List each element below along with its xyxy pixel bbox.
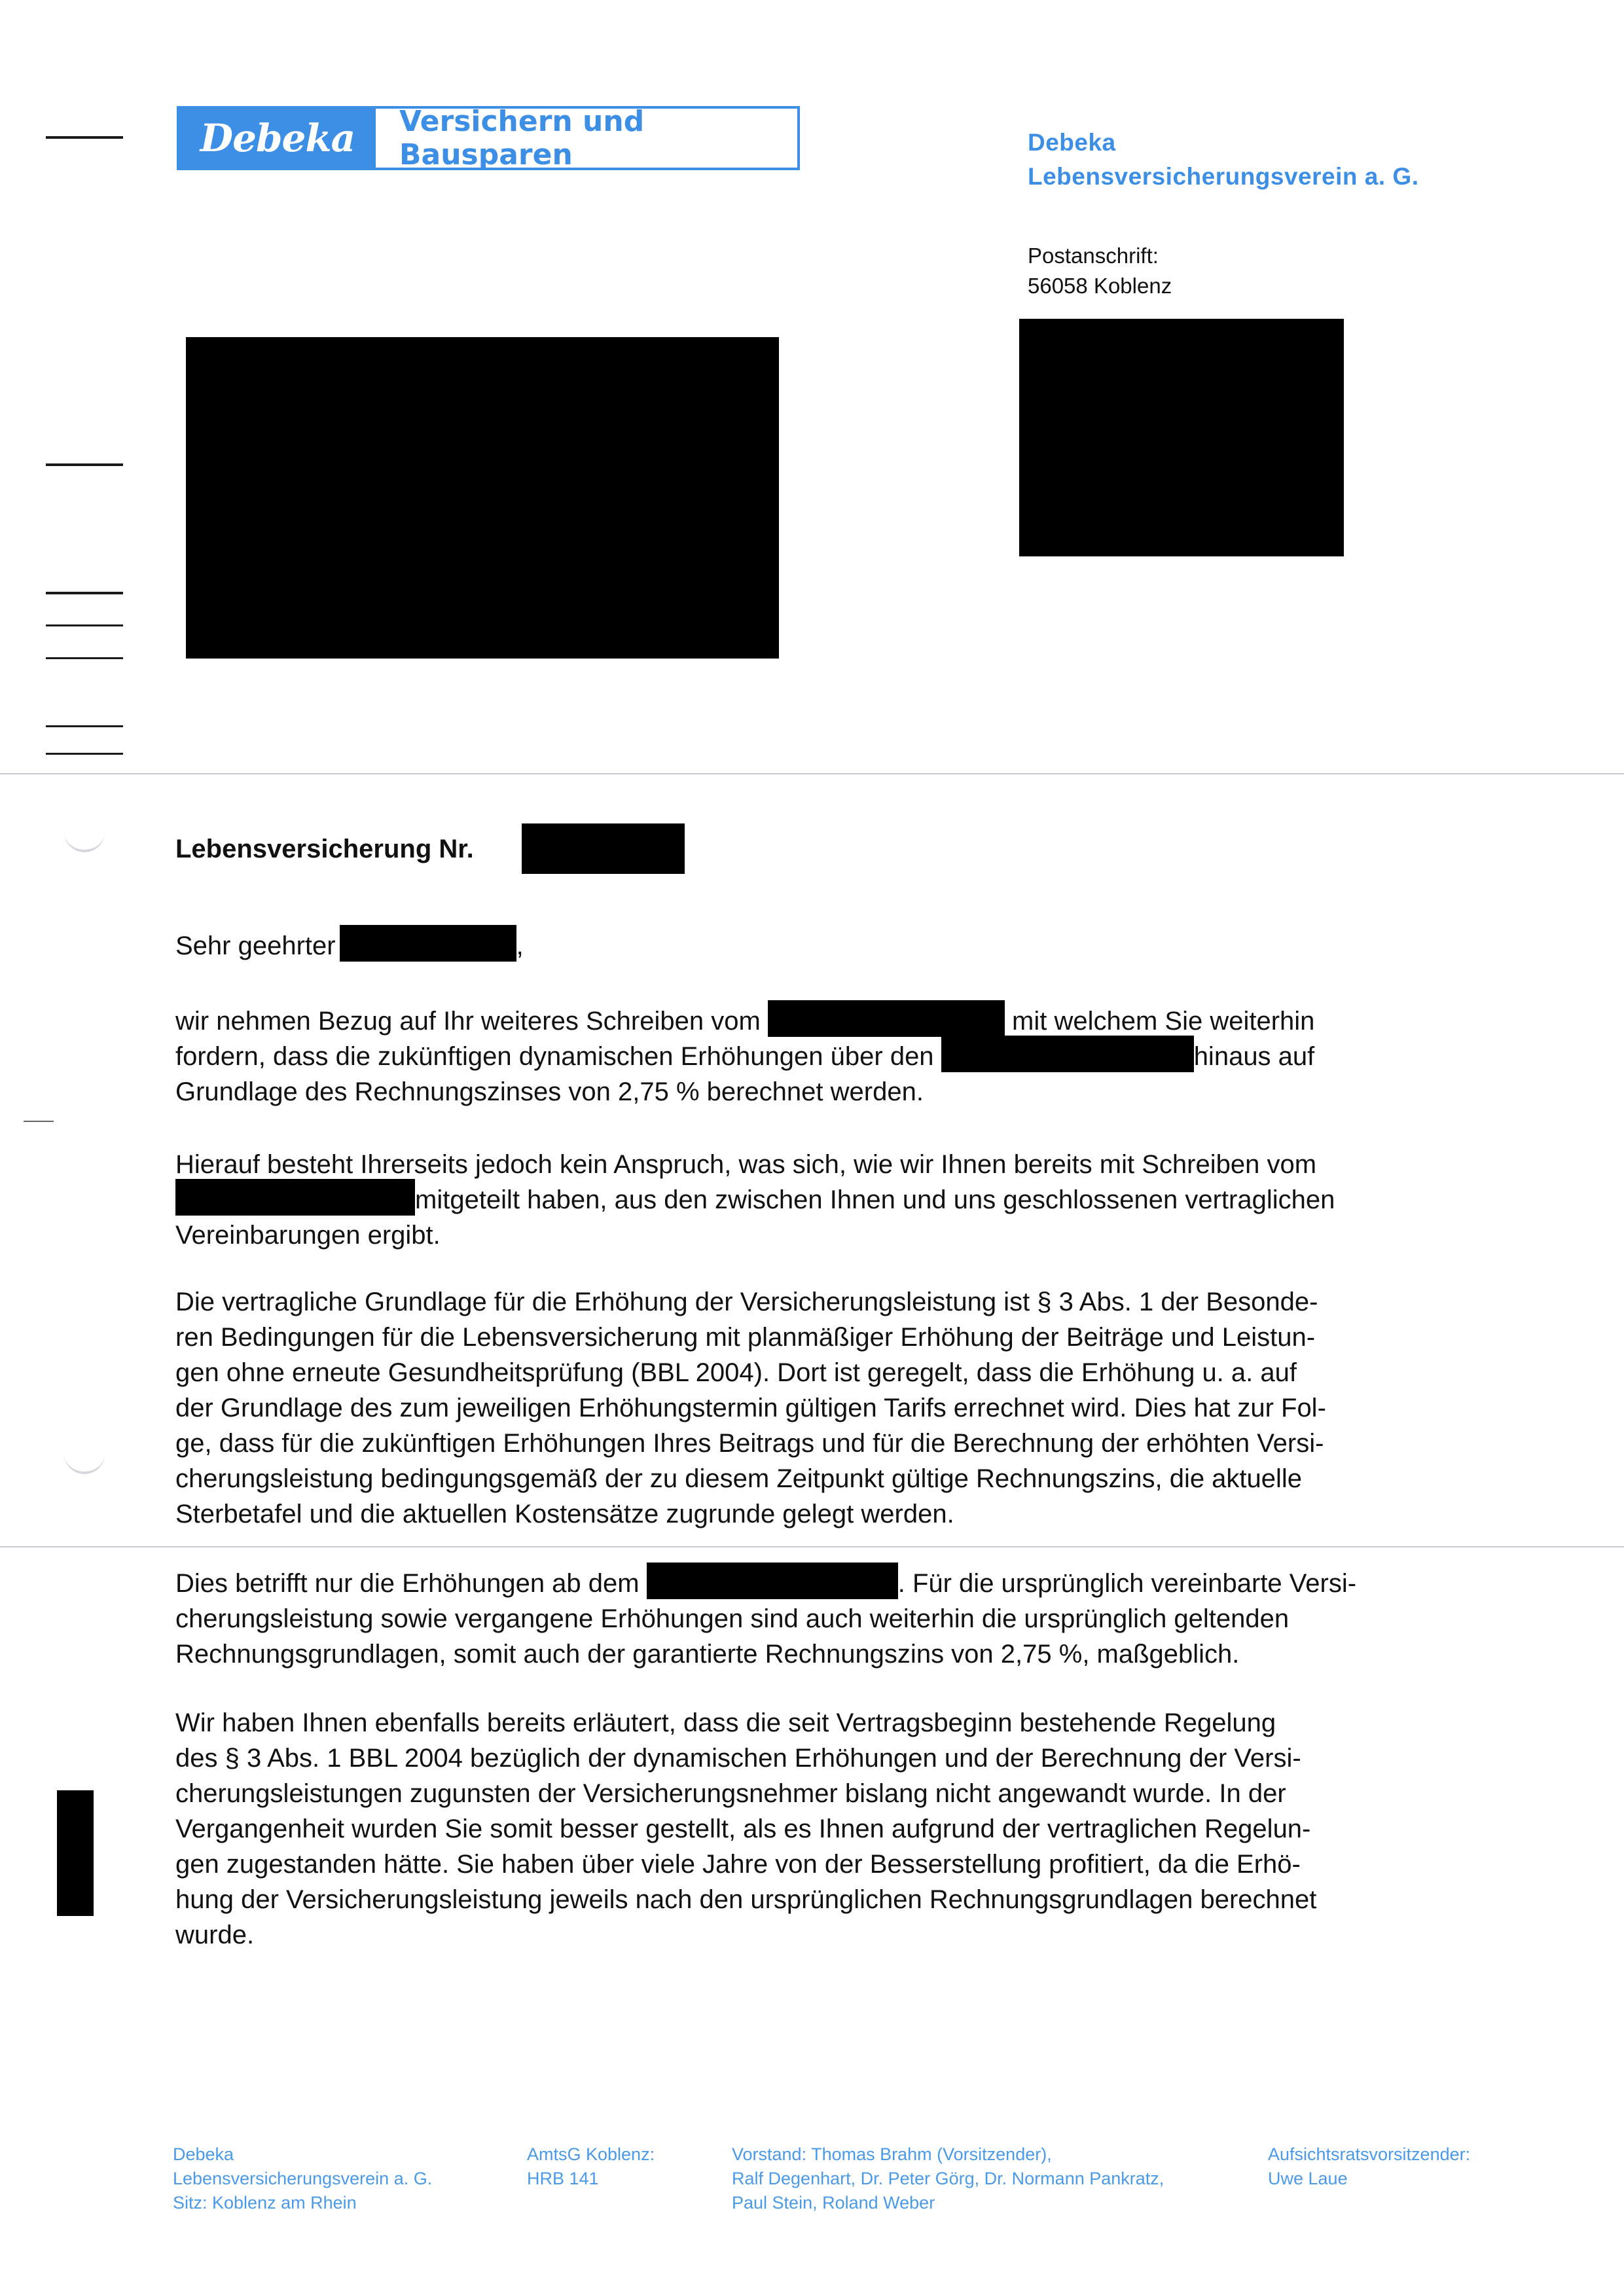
sender-line: Debeka xyxy=(1028,126,1418,160)
text-line: gen ohne erneute Gesundheitsprüfung (BBL… xyxy=(175,1355,1485,1390)
subject-line: Lebensversicherung Nr. xyxy=(175,835,474,864)
sender-name: Debeka Lebensversicherungsverein a. G. xyxy=(1028,126,1418,194)
text-line: ren Bedingungen für die Lebensversicheru… xyxy=(175,1320,1485,1355)
fold-mark xyxy=(46,624,123,626)
text-line: Paul Stein, Roland Weber xyxy=(732,2191,1164,2215)
fold-mark xyxy=(46,463,123,466)
fold-mark xyxy=(46,136,123,139)
paper-fold-line xyxy=(0,1546,1624,1547)
punch-mark xyxy=(24,1121,54,1122)
paragraph-1: wir nehmen Bezug auf Ihr weiteres Schrei… xyxy=(175,1003,1485,1110)
text-line: cherungsleistung bedingungsgemäß der zu … xyxy=(175,1461,1485,1496)
text-line: hung der Versicherungsleistung jeweils n… xyxy=(175,1882,1485,1917)
text-line: cherungsleistungen zugunsten der Versich… xyxy=(175,1776,1485,1811)
punch-hole-icon xyxy=(64,830,105,852)
date-redacted xyxy=(647,1563,898,1599)
text-line: der Grundlage des zum jeweiligen Erhöhun… xyxy=(175,1390,1485,1426)
fold-mark xyxy=(46,657,123,659)
date-redacted xyxy=(768,1000,1005,1037)
text-line: fordern, dass die zukünftigen dynamische… xyxy=(175,1039,1485,1074)
text-line: Dies betrifft nur die Erhöhungen ab dem … xyxy=(175,1566,1485,1601)
text-line: ge, dass für die zukünftigen Erhöhungen … xyxy=(175,1426,1485,1461)
salutation-text: Sehr geehrter xyxy=(175,931,336,960)
recipient-address-redacted xyxy=(186,337,779,659)
text-line: Aufsichtsratsvorsitzender: xyxy=(1268,2142,1470,2167)
date-redacted xyxy=(175,1179,415,1216)
text-line: Die vertragliche Grundlage für die Erhöh… xyxy=(175,1284,1485,1320)
paragraph-2: Hierauf besteht Ihrerseits jedoch kein A… xyxy=(175,1147,1485,1253)
text-line: Debeka xyxy=(173,2142,432,2167)
text-line: Vereinbarungen ergibt. xyxy=(175,1218,1485,1253)
postal-address: Postanschrift: 56058 Koblenz xyxy=(1028,241,1172,301)
footer-board: Vorstand: Thomas Brahm (Vorsitzender),Ra… xyxy=(732,2142,1164,2215)
text-line: Lebensversicherungsverein a. G. xyxy=(173,2167,432,2191)
footer-supervisory-board: Aufsichtsratsvorsitzender:Uwe Laue xyxy=(1268,2142,1470,2191)
text-line: Uwe Laue xyxy=(1268,2167,1470,2191)
subject-label: Lebensversicherung Nr. xyxy=(175,835,474,863)
text-line: Rechnungsgrundlagen, somit auch der gara… xyxy=(175,1636,1485,1672)
text-line: des § 3 Abs. 1 BBL 2004 bezüglich der dy… xyxy=(175,1741,1485,1776)
postal-city: 56058 Koblenz xyxy=(1028,271,1172,301)
postal-label: Postanschrift: xyxy=(1028,241,1172,271)
fold-mark xyxy=(46,753,123,755)
text-line: AmtsG Koblenz: xyxy=(527,2142,655,2167)
paragraph-3: Die vertragliche Grundlage für die Erhöh… xyxy=(175,1284,1485,1532)
paragraph-4: Dies betrifft nur die Erhöhungen ab dem … xyxy=(175,1566,1485,1672)
text-line: Sitz: Koblenz am Rhein xyxy=(173,2191,432,2215)
text-line: mitgeteilt haben, aus den zwischen Ihnen… xyxy=(175,1182,1485,1218)
sender-line: Lebensversicherungsverein a. G. xyxy=(1028,160,1418,194)
footer-register: AmtsG Koblenz:HRB 141 xyxy=(527,2142,655,2191)
text-line: HRB 141 xyxy=(527,2167,655,2191)
fold-mark xyxy=(46,725,123,727)
fold-mark xyxy=(46,592,123,594)
footer-company: DebekaLebensversicherungsverein a. G.Sit… xyxy=(173,2142,432,2215)
debeka-logo: Debeka Versichern und Bausparen xyxy=(177,106,800,170)
text-line: wurde. xyxy=(175,1917,1485,1953)
redaction-bar xyxy=(57,1790,94,1916)
text-line: Grundlage des Rechnungszinses von 2,75 %… xyxy=(175,1074,1485,1110)
paragraph-5: Wir haben Ihnen ebenfalls bereits erläut… xyxy=(175,1705,1485,1953)
salutation-comma: , xyxy=(516,931,524,960)
contact-info-redacted xyxy=(1019,319,1344,556)
text-line: Vorstand: Thomas Brahm (Vorsitzender), xyxy=(732,2142,1164,2167)
text-line: gen zugestanden hätte. Sie haben über vi… xyxy=(175,1847,1485,1882)
text-line: Sterbetafel und die aktuellen Kostensätz… xyxy=(175,1496,1485,1532)
salutation: Sehr geehrter, xyxy=(175,931,524,962)
policy-number-redacted xyxy=(522,823,685,874)
punch-hole-icon xyxy=(64,1452,105,1474)
paper-fold-line xyxy=(0,773,1624,774)
logo-wordmark: Debeka xyxy=(179,109,376,168)
text-line: wir nehmen Bezug auf Ihr weiteres Schrei… xyxy=(175,1003,1485,1039)
date-redacted xyxy=(941,1036,1194,1072)
logo-tagline: Versichern und Bausparen xyxy=(376,109,797,168)
text-line: Wir haben Ihnen ebenfalls bereits erläut… xyxy=(175,1705,1485,1741)
text-line: Ralf Degenhart, Dr. Peter Görg, Dr. Norm… xyxy=(732,2167,1164,2191)
text-line: cherungsleistung sowie vergangene Erhöhu… xyxy=(175,1601,1485,1636)
text-line: Vergangenheit wurden Sie somit besser ge… xyxy=(175,1811,1485,1847)
text-line: Hierauf besteht Ihrerseits jedoch kein A… xyxy=(175,1147,1485,1182)
